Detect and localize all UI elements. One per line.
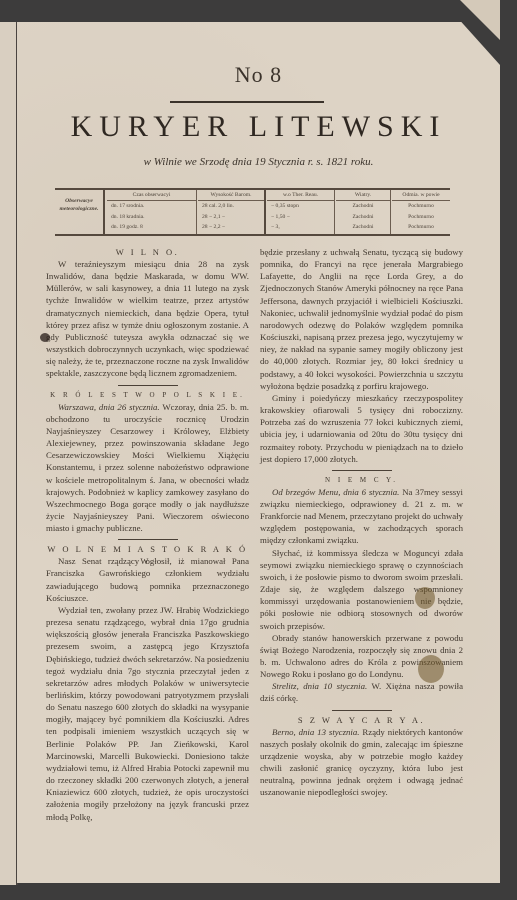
article-paragraph: Wydział ten, zwołany przez JW. Hrabię Wo… <box>46 604 249 823</box>
weather-header: Czas obserwacyi <box>107 190 196 201</box>
weather-table-label: Obserwacye meteorologiczne. <box>55 190 105 234</box>
weather-cell: − 0,35 stopn <box>267 201 334 212</box>
article-paragraph: Słychać, iż kommissya śledcza w Moguncyi… <box>260 547 463 632</box>
article-dateline: Strelitz, dnia 10 stycznia. <box>272 681 367 691</box>
weather-col-time: Czas obserwacyi dn. 17 srodnia. dn. 18 k… <box>107 190 197 234</box>
paper-stain <box>418 655 444 683</box>
weather-cell: − 3, <box>267 222 334 233</box>
weather-header: Wiatry. <box>336 190 390 201</box>
article-paragraph: Berno, dnia 13 stycznia. Rządy niektóryc… <box>260 726 463 799</box>
weather-cell: dn. 18 kradnia. <box>107 212 196 223</box>
issue-number: No 8 <box>0 62 517 88</box>
article-paragraph: Od brzegów Menu, dnia 6 stycznia. Na 37m… <box>260 486 463 547</box>
section-heading-szwajcarya: S Z W A Y C A R Y A. <box>260 714 463 726</box>
section-heading-krolestwo: K R Ó L E S T W O P O L S K I E. <box>46 389 249 401</box>
masthead-dateline: w Wilnie we Srzodę dnia 19 Stycznia r. s… <box>0 156 517 168</box>
section-divider <box>332 470 392 471</box>
left-column: W I L N O. W teraźnieyszym miesiącu dnia… <box>46 246 249 823</box>
section-divider <box>332 710 392 711</box>
weather-cell: Pochmurno <box>392 201 450 212</box>
adjacent-page-edge <box>0 22 18 885</box>
weather-col-barometer: Wysokość Barom. 28 cal. 2,0 lin. 28 − 2,… <box>198 190 266 234</box>
weather-cell: 28 − 2,1 − <box>198 212 264 223</box>
ink-blot <box>40 333 50 342</box>
weather-cell: Pochmurno <box>392 222 450 233</box>
article-paragraph: Warszawa, dnia 26 stycznia. Wczoray, dni… <box>46 401 249 535</box>
weather-header: Wysokość Barom. <box>198 190 264 201</box>
weather-cell: − 1,50 − <box>267 212 334 223</box>
article-paragraph: Strelitz, dnia 10 stycznia. W. Xiężna na… <box>260 680 463 704</box>
article-dateline: Od brzegów Menu, dnia 6 stycznia. <box>272 487 399 497</box>
weather-cell: Zachodni <box>336 222 390 233</box>
article-paragraph: W teraźnieyszym miesiącu dnia 28 na zysk… <box>46 258 249 380</box>
weather-col-wind: Wiatry. Zachodni Zachodni Zachodni <box>336 190 391 234</box>
article-paragraph: Nasz Senat rządzący ogłosił, iż mianował… <box>46 555 249 604</box>
weather-cell: dn. 19 godz. 8 <box>107 222 196 233</box>
masthead-title: KURYER LITEWSKI <box>0 110 517 144</box>
weather-col-sky: Odmia. w powie Pochmurno Pochmurno Pochm… <box>392 190 450 234</box>
weather-cell: dn. 17 srodnia. <box>107 201 196 212</box>
section-heading-wilno: W I L N O. <box>46 246 249 258</box>
paper-stain <box>415 587 435 609</box>
right-column: będzie przesłany z uchwałą Senatu, tyczą… <box>260 246 463 799</box>
article-text: Rządy niektórych kantonów naszych posłał… <box>260 727 463 798</box>
weather-observation-table: Obserwacye meteorologiczne. Czas obserwa… <box>55 188 450 236</box>
weather-cell: 28 cal. 2,0 lin. <box>198 201 264 212</box>
weather-cell: 28 − 2,2 − <box>198 222 264 233</box>
weather-header: w.o Ther. Reau. <box>267 190 334 201</box>
weather-cell: Pochmurno <box>392 212 450 223</box>
section-heading-krakow: W O L N E M I A S T O K R A K Ó W. <box>46 543 249 555</box>
weather-cell: Zachodni <box>336 212 390 223</box>
title-rule <box>170 101 324 103</box>
article-paragraph: będzie przesłany z uchwałą Senatu, tyczą… <box>260 246 463 392</box>
weather-cell: Zachodni <box>336 201 390 212</box>
article-text: Wczoray, dnia 25. b. m. obchodzono tu ur… <box>46 402 249 534</box>
article-paragraph: Gminy i poiedyńczy mieszkańcy rzeczyposp… <box>260 392 463 465</box>
section-divider <box>118 385 178 386</box>
section-heading-niemcy: N I E M C Y. <box>260 474 463 486</box>
article-dateline: Berno, dnia 13 stycznia. <box>272 727 359 737</box>
article-dateline: Warszawa, dnia 26 stycznia. <box>58 402 160 412</box>
weather-col-thermometer: w.o Ther. Reau. − 0,35 stopn − 1,50 − − … <box>267 190 335 234</box>
weather-header: Odmia. w powie <box>392 190 450 201</box>
section-divider <box>118 539 178 540</box>
